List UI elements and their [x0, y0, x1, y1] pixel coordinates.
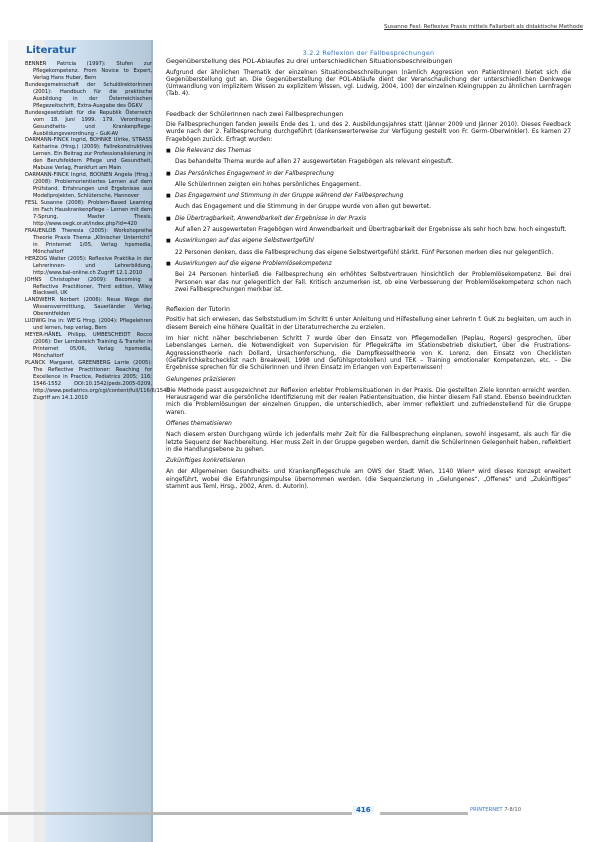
tutor-heading: Reflexion der Tutorin: [166, 306, 571, 313]
tutor-paragraph: Im hier nicht näher beschriebenen Schrit…: [166, 336, 571, 372]
feedback-list: ■Die Relevanz des ThemasDas behandelte T…: [166, 148, 571, 294]
reference-item: LANDWEHR Norbert (2006): Neue Wege der W…: [25, 297, 152, 318]
bullet-icon: ■: [166, 148, 171, 155]
gelungenes-heading: Gelungenes präzisieren: [166, 377, 571, 384]
reference-item: FRAUENLOB Theresia (2005): Workshopreihe…: [25, 228, 152, 256]
reference-item: Bundesgesetzblatt für die Republik Öster…: [25, 110, 152, 138]
subsection-title: Gegenüberstellung des POL-Ablaufes zu dr…: [166, 58, 571, 65]
reference-item: Bundesgemeinschaft der SchuldirektorInne…: [25, 82, 152, 110]
bullet-icon: ■: [166, 193, 171, 200]
feedback-item: ■Das Engagement und Stimmung in der Grup…: [166, 193, 571, 212]
journal-issue: 7-8/10: [504, 807, 521, 813]
feedback-item: ■Auswirkungen auf die eigene Problemlöse…: [166, 261, 571, 294]
reference-item: MEYER-HÄNEL Philipp, UMBESCHEIDT Rocco (…: [25, 332, 152, 360]
zukuenftiges-heading: Zukünftiges konkretisieren: [166, 458, 571, 465]
journal-name: PRINTERNET 7-8/10: [470, 807, 521, 813]
feedback-item: ■Das Persönliches Engagement in der Fall…: [166, 171, 571, 190]
bullet-icon: ■: [166, 171, 171, 178]
reference-item: JOHNS Christopher (2009): Becoming a Ref…: [25, 277, 152, 298]
reference-item: FESL Susanne (2008): Problem-Based Learn…: [25, 200, 152, 228]
reference-item: DARMANN-FINCK Ingrid, BOONEN Angela (Hrs…: [25, 172, 152, 200]
bullet-icon: ■: [166, 261, 171, 268]
main-content: 3.2.2 Reflexion der Fallbesprechungen Ge…: [166, 50, 571, 495]
reference-list: BENNER Patricia (1997): Stufen zur Pfleg…: [25, 61, 152, 402]
reference-item: HERZOG Walter (2005): Reflexive Praktika…: [25, 256, 152, 277]
feedback-item: ■Die Relevanz des ThemasDas behandelte T…: [166, 148, 571, 167]
bullet-icon: ■: [166, 216, 171, 223]
footer-rule-left: [0, 812, 352, 815]
tutor-paragraph: Positiv hat sich erwiesen, das Selbststu…: [166, 317, 571, 332]
literature-title: Literatur: [26, 45, 76, 56]
feedback-item: ■Die Übertragbarkeit, Anwendbarkeit der …: [166, 216, 571, 235]
running-head: Susanne Fesl: Reflexive Praxis mittels F…: [384, 24, 583, 30]
reference-item: DARMANN-FINCK Ingrid, BOHNKE Ulrike, STR…: [25, 137, 152, 172]
zukuenftiges-paragraph: An der Allgemeinen Gesundheits- und Kran…: [166, 469, 571, 491]
offenes-heading: Offenes thematisieren: [166, 421, 571, 428]
bullet-icon: ■: [166, 238, 171, 245]
section-title: 3.2.2 Reflexion der Fallbesprechungen: [166, 50, 571, 57]
reference-item: PLANCK Margaret, GREENBERG Larrie (2005)…: [25, 360, 152, 402]
page-number: 416: [353, 806, 374, 814]
gelungenes-paragraph: Die Methode passt ausgezeichnet zur Refl…: [166, 388, 571, 417]
footer-rule-right: [380, 812, 468, 815]
reference-item: BENNER Patricia (1997): Stufen zur Pfleg…: [25, 61, 152, 82]
offenes-paragraph: Nach diesem ersten Durchgang würde ich j…: [166, 432, 571, 454]
journal-title: PRINTERNET: [470, 807, 503, 813]
feedback-intro: Die Fallbesprechungen fanden jeweils End…: [166, 122, 571, 144]
feedback-heading: Feedback der SchülerInnen nach zwei Fall…: [166, 111, 571, 118]
feedback-item: ■Auswirkungen auf das eigene Selbstwertg…: [166, 238, 571, 257]
intro-paragraph: Aufgrund der ähnlichen Thematik der einz…: [166, 70, 571, 99]
reference-item: LUDWIG Ina in: WE'G Hrsg. (2004): Pflege…: [25, 318, 152, 332]
